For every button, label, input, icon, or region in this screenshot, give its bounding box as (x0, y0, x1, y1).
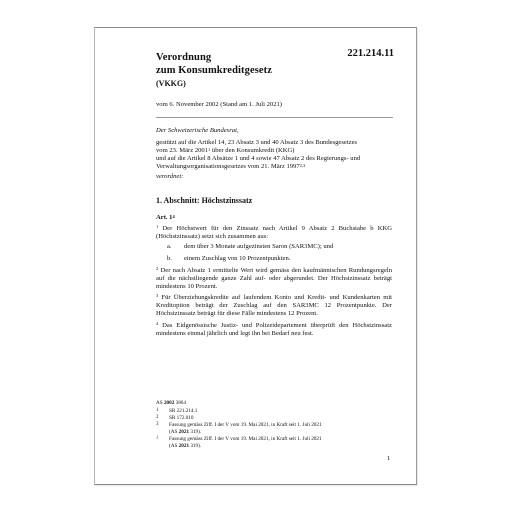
as-page: 3864 (174, 400, 186, 406)
paragraph-3-text: Für Überziehungskredite auf laufendem Ko… (156, 294, 392, 317)
preamble-enacts: verordnet: (156, 174, 183, 181)
article-paragraph-1: 1 Der Höchstwert für den Zinssatz nach A… (156, 225, 392, 241)
list-item-a-text: dem über 3 Monate aufgezinsten Saron (SA… (184, 244, 333, 251)
footnote-ref-4[interactable]: 4 (172, 214, 174, 219)
article-label-text: Art. 1 (156, 214, 172, 221)
section-heading: 1. Abschnitt: Höchstzinssatz (156, 197, 252, 205)
list-item-b-marker: b. (167, 256, 172, 263)
sr-number: 221.214.11 (347, 49, 394, 60)
footnote-ref-2-3[interactable]: 2,3 (300, 163, 306, 168)
footnote-4-number: 4 (156, 436, 159, 441)
preamble-line-2: vom 23. März 20011 über den Konsumkredit… (156, 148, 295, 155)
preamble-line-1: gestützt auf die Artikel 14, 23 Absatz 3… (156, 140, 357, 147)
preamble-line-2-pre: vom 23. März 2001 (156, 147, 208, 154)
preamble-line-4: Verwaltungsorganisationsgesetzes vom 21.… (156, 164, 305, 171)
abbreviation: (VKKG) (156, 80, 186, 88)
fn4-year: 2021 (179, 443, 189, 449)
footnote-4-line-1: Fassung gemäss Ziff. I der V vom 19. Mai… (169, 436, 322, 443)
list-item-a-marker: a. (167, 244, 172, 251)
as-year: 2002 (164, 400, 174, 406)
footnote-1-number: 1 (156, 408, 159, 413)
footnote-3-line-2: (AS 2021 319). (169, 429, 322, 436)
date-line: vom 6. November 2002 (Stand am 1. Juli 2… (156, 102, 282, 109)
article-paragraph-3: 3 Für Überziehungskredite auf laufendem … (156, 294, 392, 318)
document-page: Verordnung 221.214.11 zum Konsumkreditge… (94, 27, 417, 485)
footnote-1-text: SR 221.214.1 (169, 408, 197, 415)
fn4-post: 319). (189, 443, 201, 449)
paragraph-2-text: Der nach Absatz 1 ermittelte Wert wird g… (156, 267, 392, 290)
article-label: Art. 14 (156, 215, 175, 222)
footnote-2-text: SR 172.010 (169, 415, 194, 422)
footnote-3-text: Fassung gemäss Ziff. I der V vom 19. Mai… (169, 422, 322, 435)
preamble-authority: Der Schweizerische Bundesrat, (156, 128, 239, 135)
title-line-1: Verordnung (156, 53, 211, 64)
paragraph-1-text: Der Höchstwert für den Zinssatz nach Art… (156, 225, 392, 240)
as-prefix: AS (156, 400, 164, 406)
footnote-4-line-2: (AS 2021 319). (169, 443, 322, 450)
footnote-2-number: 2 (156, 415, 159, 420)
title-line-2: zum Konsumkreditgesetz (156, 66, 272, 77)
fn3-year: 2021 (179, 429, 189, 435)
list-item-b-text: einem Zuschlag von 10 Prozentpunkten. (184, 256, 290, 263)
official-compilation-ref: AS 2002 3864 (156, 401, 186, 406)
article-paragraph-4: 4 Das Eidgenössische Justiz- und Polizei… (156, 322, 392, 338)
fn3-post: 319). (189, 429, 201, 435)
page-number: 1 (387, 456, 390, 463)
fn4-pre: (AS (169, 443, 179, 449)
fn3-pre: (AS (169, 429, 179, 435)
preamble-line-4-pre: Verwaltungsorganisationsgesetzes vom 21.… (156, 163, 300, 170)
preamble-line-2-post: über den Konsumkredit (KKG) (210, 147, 294, 154)
footnote-3-number: 3 (156, 422, 159, 427)
paragraph-4-text: Das Eidgenössische Justiz- und Polizeide… (156, 322, 392, 337)
footnote-3-line-1: Fassung gemäss Ziff. I der V vom 19. Mai… (169, 422, 322, 429)
footnote-4-text: Fassung gemäss Ziff. I der V vom 19. Mai… (169, 436, 322, 449)
preamble-line-3: und auf die Artikel 8 Absätze 1 und 4 so… (156, 156, 360, 163)
header-rule (156, 117, 393, 118)
article-paragraph-2: 2 Der nach Absatz 1 ermittelte Wert wird… (156, 267, 392, 291)
